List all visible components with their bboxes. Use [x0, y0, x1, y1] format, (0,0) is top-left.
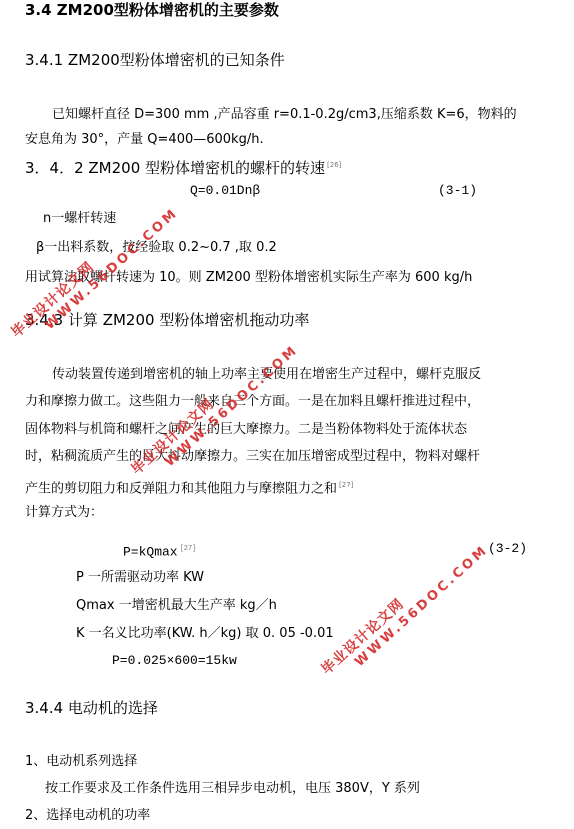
heading-3-4: 3.4 ZM200型粉体增密机的主要参数 — [25, 2, 279, 18]
calc-method-label: 计算方式为： — [25, 505, 103, 521]
watermark-url-text: WWW.56DOC.COM — [352, 542, 491, 669]
variable-n: n一螺杆转速 — [43, 211, 116, 227]
citation: [26] — [327, 161, 341, 169]
variable-K: K 一名义比功率(KW. h／kg) 取 0. 05 -0.01 — [76, 626, 334, 642]
power-paragraph-line3: 固体物料与机筒和螺杆之间产生的巨大摩擦力。二是当粉体物料处于流体状态 — [25, 422, 467, 438]
formula-3-2: P=kQmax[27] — [123, 541, 196, 560]
citation: [27] — [339, 481, 353, 489]
watermark-cn-text: 毕业设计论文网 — [317, 528, 482, 679]
formula-3-1: Q=0.01Dnβ — [190, 183, 260, 199]
heading-3-4-4: 3.4.4 电动机的选择 — [25, 700, 158, 716]
heading-3-4-2-text: 3．4．2 ZM200 型粉体增密机的螺杆的转速 — [25, 159, 325, 177]
power-paragraph-line5-text: 产生的剪切阻力和反弹阻力和其他阻力与摩擦阻力之和 — [25, 481, 337, 496]
citation: [27] — [180, 545, 197, 553]
known-conditions-line1: 已知螺杆直径 D=300 mm ,产品容重 r=0.1-0.2g/cm3,压缩系… — [52, 107, 517, 123]
item2-title: 2、选择电动机的功率 — [25, 808, 150, 824]
formula-3-1-number: (3-1) — [438, 183, 477, 199]
known-conditions-line2: 安息角为 30°，产量 Q=400—600kg/h. — [25, 132, 264, 148]
formula-3-2-expr: P=kQmax — [123, 544, 178, 559]
variable-Qmax: Qmax 一增密机最大生产率 kg／h — [76, 598, 277, 614]
item1-title: 1、电动机系列选择 — [25, 754, 137, 770]
power-paragraph-line5: 产生的剪切阻力和反弹阻力和其他阻力与摩擦阻力之和[27] — [25, 477, 353, 497]
heading-3-4-2: 3．4．2 ZM200 型粉体增密机的螺杆的转速[26] — [25, 157, 341, 176]
item1-body: 按工作要求及工作条件选用三相异步电动机，电压 380V，Y 系列 — [45, 781, 420, 797]
power-paragraph-line4: 时，粘稠流质产生的巨大抖动摩擦力。三实在加压增密成型过程中，物料对螺杆 — [25, 449, 480, 465]
power-paragraph-line1: 传动装置传递到增密机的轴上功率主要使用在增密生产过程中，螺杆克服反 — [52, 367, 481, 383]
power-result: P=0.025×600=15kw — [112, 653, 237, 669]
watermark-3: 毕业设计论文网 WWW.56DOC.COM — [317, 528, 492, 690]
formula-3-2-number: (3-2) — [488, 541, 527, 557]
power-paragraph-line2: 力和摩擦力做工。这些阻力一般来自三个方面。一是在加料且螺杆推进过程中， — [25, 394, 480, 410]
speed-result: 用试算法取螺杆转速为 10。则 ZM200 型粉体增密机实际生产率为 600 k… — [25, 270, 472, 286]
variable-beta: β一出料系数，按经验取 0.2~0.7 ,取 0.2 — [36, 240, 277, 256]
heading-3-4-3: 3.4.3 计算 ZM200 型粉体增密机拖动功率 — [25, 312, 309, 328]
heading-3-4-1: 3.4.1 ZM200型粉体增密机的已知条件 — [25, 52, 285, 68]
variable-P: P 一所需驱动功率 KW — [76, 570, 204, 586]
